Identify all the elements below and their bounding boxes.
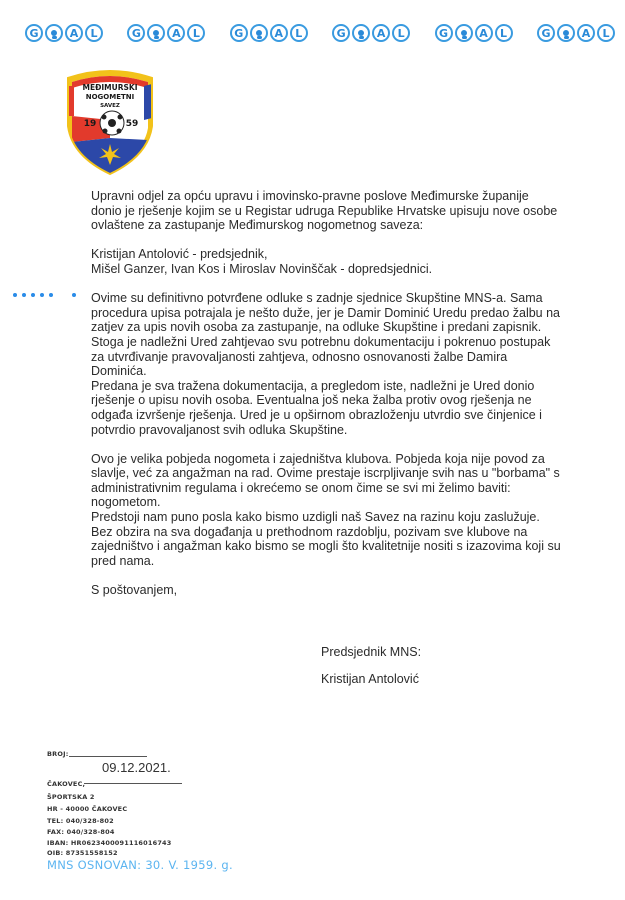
signature-title: Predsjednik MNS: (321, 645, 421, 659)
goal-word: GAL (230, 24, 308, 42)
document-date: 09.12.2021. (102, 760, 171, 775)
goal-word: GAL (332, 24, 410, 42)
broj-line (69, 756, 147, 757)
city-line (84, 783, 182, 784)
tax-oib: OIB: 87351558152 (47, 849, 118, 857)
goal-letter: G (537, 24, 555, 42)
goal-letter: A (167, 24, 185, 42)
contact-tel: TEL: 040/328-802 (47, 817, 114, 825)
football-icon (45, 24, 63, 42)
broj-label: BROJ: (47, 750, 69, 758)
goal-letter: G (435, 24, 453, 42)
logo-text-line3: SAVEZ (100, 103, 120, 109)
contact-fax: FAX: 040/328-804 (47, 828, 115, 836)
decorative-dots (13, 293, 76, 297)
goal-letter: A (372, 24, 390, 42)
goal-letter: G (127, 24, 145, 42)
founded-note: MNS OSNOVAN: 30. V. 1959. g. (47, 858, 233, 872)
goal-letter: L (290, 24, 308, 42)
logo-year-left: 19 (84, 119, 97, 129)
football-icon (352, 24, 370, 42)
goal-letter: L (187, 24, 205, 42)
closing-salutation: S poštovanjem, (91, 583, 561, 598)
goal-banner: GALGALGALGALGALGAL (25, 24, 615, 42)
goal-word: GAL (537, 24, 615, 42)
paragraph-documentation: Predana je sva tražena dokumentacija, a … (91, 379, 561, 437)
goal-letter: L (495, 24, 513, 42)
goal-letter: A (475, 24, 493, 42)
logo-year-right: 59 (126, 119, 139, 129)
paragraph-future: Predstoji nam puno posla kako bismo uzdi… (91, 510, 561, 568)
goal-letter: A (270, 24, 288, 42)
paragraph-victory: Ovo je velika pobjeda nogometa i zajedni… (91, 452, 561, 510)
mns-logo: MEĐIMURSKI NOGOMETNI SAVEZ 19 59 (60, 68, 160, 176)
goal-letter: G (332, 24, 350, 42)
football-icon (455, 24, 473, 42)
goal-letter: G (25, 24, 43, 42)
goal-letter: L (597, 24, 615, 42)
goal-word: GAL (127, 24, 205, 42)
goal-word: GAL (25, 24, 103, 42)
address-postal: HR - 40000 ČAKOVEC (47, 805, 127, 813)
goal-letter: L (392, 24, 410, 42)
letter-body: Upravni odjel za opću upravu i imovinsko… (91, 189, 561, 598)
list-item-president: Kristijan Antolović - predsjednik, (91, 247, 561, 262)
football-icon (250, 24, 268, 42)
list-item-vice-presidents: Mišel Ganzer, Ivan Kos i Miroslav Novinš… (91, 262, 561, 277)
city-label: ČAKOVEC, (47, 780, 85, 788)
football-icon (100, 111, 124, 135)
goal-letter: A (65, 24, 83, 42)
logo-text-line1: MEĐIMURSKI (83, 83, 138, 92)
logo-text-line2: NOGOMETNI (86, 93, 135, 101)
paragraph-confirmation: Ovime su definitivno potvrđene odluke s … (91, 291, 561, 379)
goal-letter: G (230, 24, 248, 42)
signature-name: Kristijan Antolović (321, 672, 419, 686)
goal-letter: L (85, 24, 103, 42)
goal-letter: A (577, 24, 595, 42)
bank-iban: IBAN: HR0623400091116016743 (47, 839, 171, 847)
goal-word: GAL (435, 24, 513, 42)
football-icon (147, 24, 165, 42)
paragraph-intro: Upravni odjel za opću upravu i imovinsko… (91, 189, 561, 233)
address-street: ŠPORTSKA 2 (47, 793, 95, 801)
football-icon (557, 24, 575, 42)
